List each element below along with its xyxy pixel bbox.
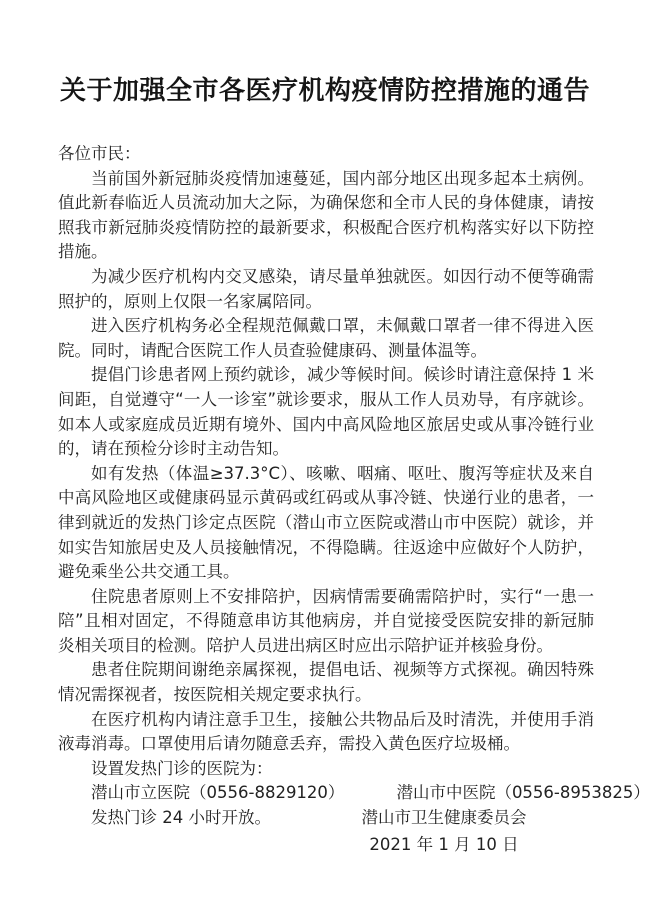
issue-date: 2021 年 1 月 10 日 [314, 831, 574, 858]
hospital-2-info: 潜山市中医院（0556-8953825） [396, 783, 649, 802]
fever-clinics-intro: 设置发热门诊的医院为： [58, 757, 594, 782]
notice-paragraph: 当前国外新冠肺炎疫情加速蔓延，国内部分地区出现多起本土病例。值此新春临近人员流动… [58, 167, 594, 265]
notice-document: 关于加强全市各医疗机构疫情防控措施的通告 各位市民： 当前国外新冠肺炎疫情加速蔓… [0, 0, 650, 920]
notice-paragraph: 进入医疗机构务必全程规范佩戴口罩，未佩戴口罩者一律不得进入医院。同时，请配合医院… [58, 314, 594, 363]
notice-paragraph: 在医疗机构内请注意手卫生，接触公共物品后及时清洗，并使用手消液毒消毒。口罩使用后… [58, 708, 594, 757]
notice-paragraph: 住院患者原则上不安排陪护，因病情需要确需陪护时，实行“一患一陪”且相对固定，不得… [58, 585, 594, 659]
fever-clinics-line: 潜山市立医院（0556-8829120）潜山市中医院（0556-8953825） [58, 781, 594, 806]
notice-title: 关于加强全市各医疗机构疫情防控措施的通告 [0, 0, 650, 106]
signature-block: 潜山市卫生健康委员会 2021 年 1 月 10 日 [314, 804, 574, 858]
notice-paragraph: 如有发热（体温≥37.3°C）、咳嗽、咽痛、呕吐、腹泻等症状及来自中高风险地区或… [58, 462, 594, 585]
notice-paragraph: 提倡门诊患者网上预约就诊，减少等候时间。候诊时请注意保持 1 米间距，自觉遵守“… [58, 363, 594, 461]
hospital-1-info: 潜山市立医院（0556-8829120） [91, 783, 344, 802]
salutation: 各位市民： [58, 142, 594, 167]
issuer-signature: 潜山市卫生健康委员会 [314, 804, 574, 831]
notice-body: 各位市民： 当前国外新冠肺炎疫情加速蔓延，国内部分地区出现多起本土病例。值此新春… [58, 142, 594, 831]
notice-paragraph: 患者住院期间谢绝亲属探视，提倡电话、视频等方式探视。确因特殊情况需探视者，按医院… [58, 658, 594, 707]
notice-paragraph: 为减少医疗机构内交叉感染，请尽量单独就医。如因行动不便等确需照护的，原则上仅限一… [58, 265, 594, 314]
